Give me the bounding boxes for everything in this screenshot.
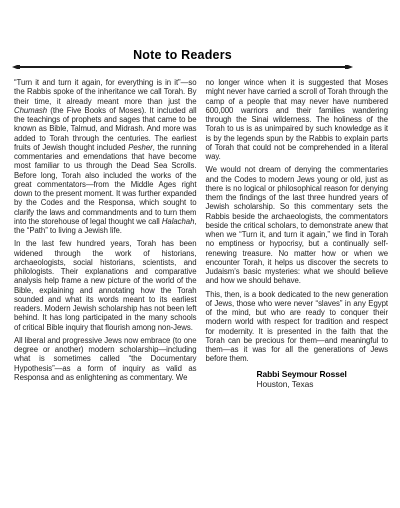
paragraph: All liberal and progressive Jews now emb…	[14, 336, 197, 382]
two-column-text-body: “Turn it and turn it again, for everythi…	[14, 78, 388, 390]
title-rule	[12, 63, 353, 71]
left-column: “Turn it and turn it again, for everythi…	[14, 78, 197, 390]
paragraph: “Turn it and turn it again, for everythi…	[14, 78, 197, 235]
paragraph: In the last few hundred years, Torah has…	[14, 239, 197, 332]
paragraph: no longer wince when it is suggested tha…	[206, 78, 389, 161]
right-column-paragraphs: no longer wince when it is suggested tha…	[206, 78, 389, 364]
page-title: Note to Readers	[12, 48, 353, 62]
rule-right-arrow-icon	[348, 65, 353, 69]
rule-line	[20, 66, 345, 67]
signature-name: Rabbi Seymour Rossel	[257, 369, 389, 380]
right-column: no longer wince when it is suggested tha…	[206, 78, 389, 390]
paragraph: We would not dream of denying the commen…	[206, 165, 389, 285]
signature-location: Houston, Texas	[257, 379, 389, 390]
book-page: Note to Readers “Turn it and turn it aga…	[0, 0, 400, 508]
signature-block: Rabbi Seymour Rossel Houston, Texas	[206, 369, 389, 390]
paragraph: This, then, is a book dedicated to the n…	[206, 290, 389, 364]
